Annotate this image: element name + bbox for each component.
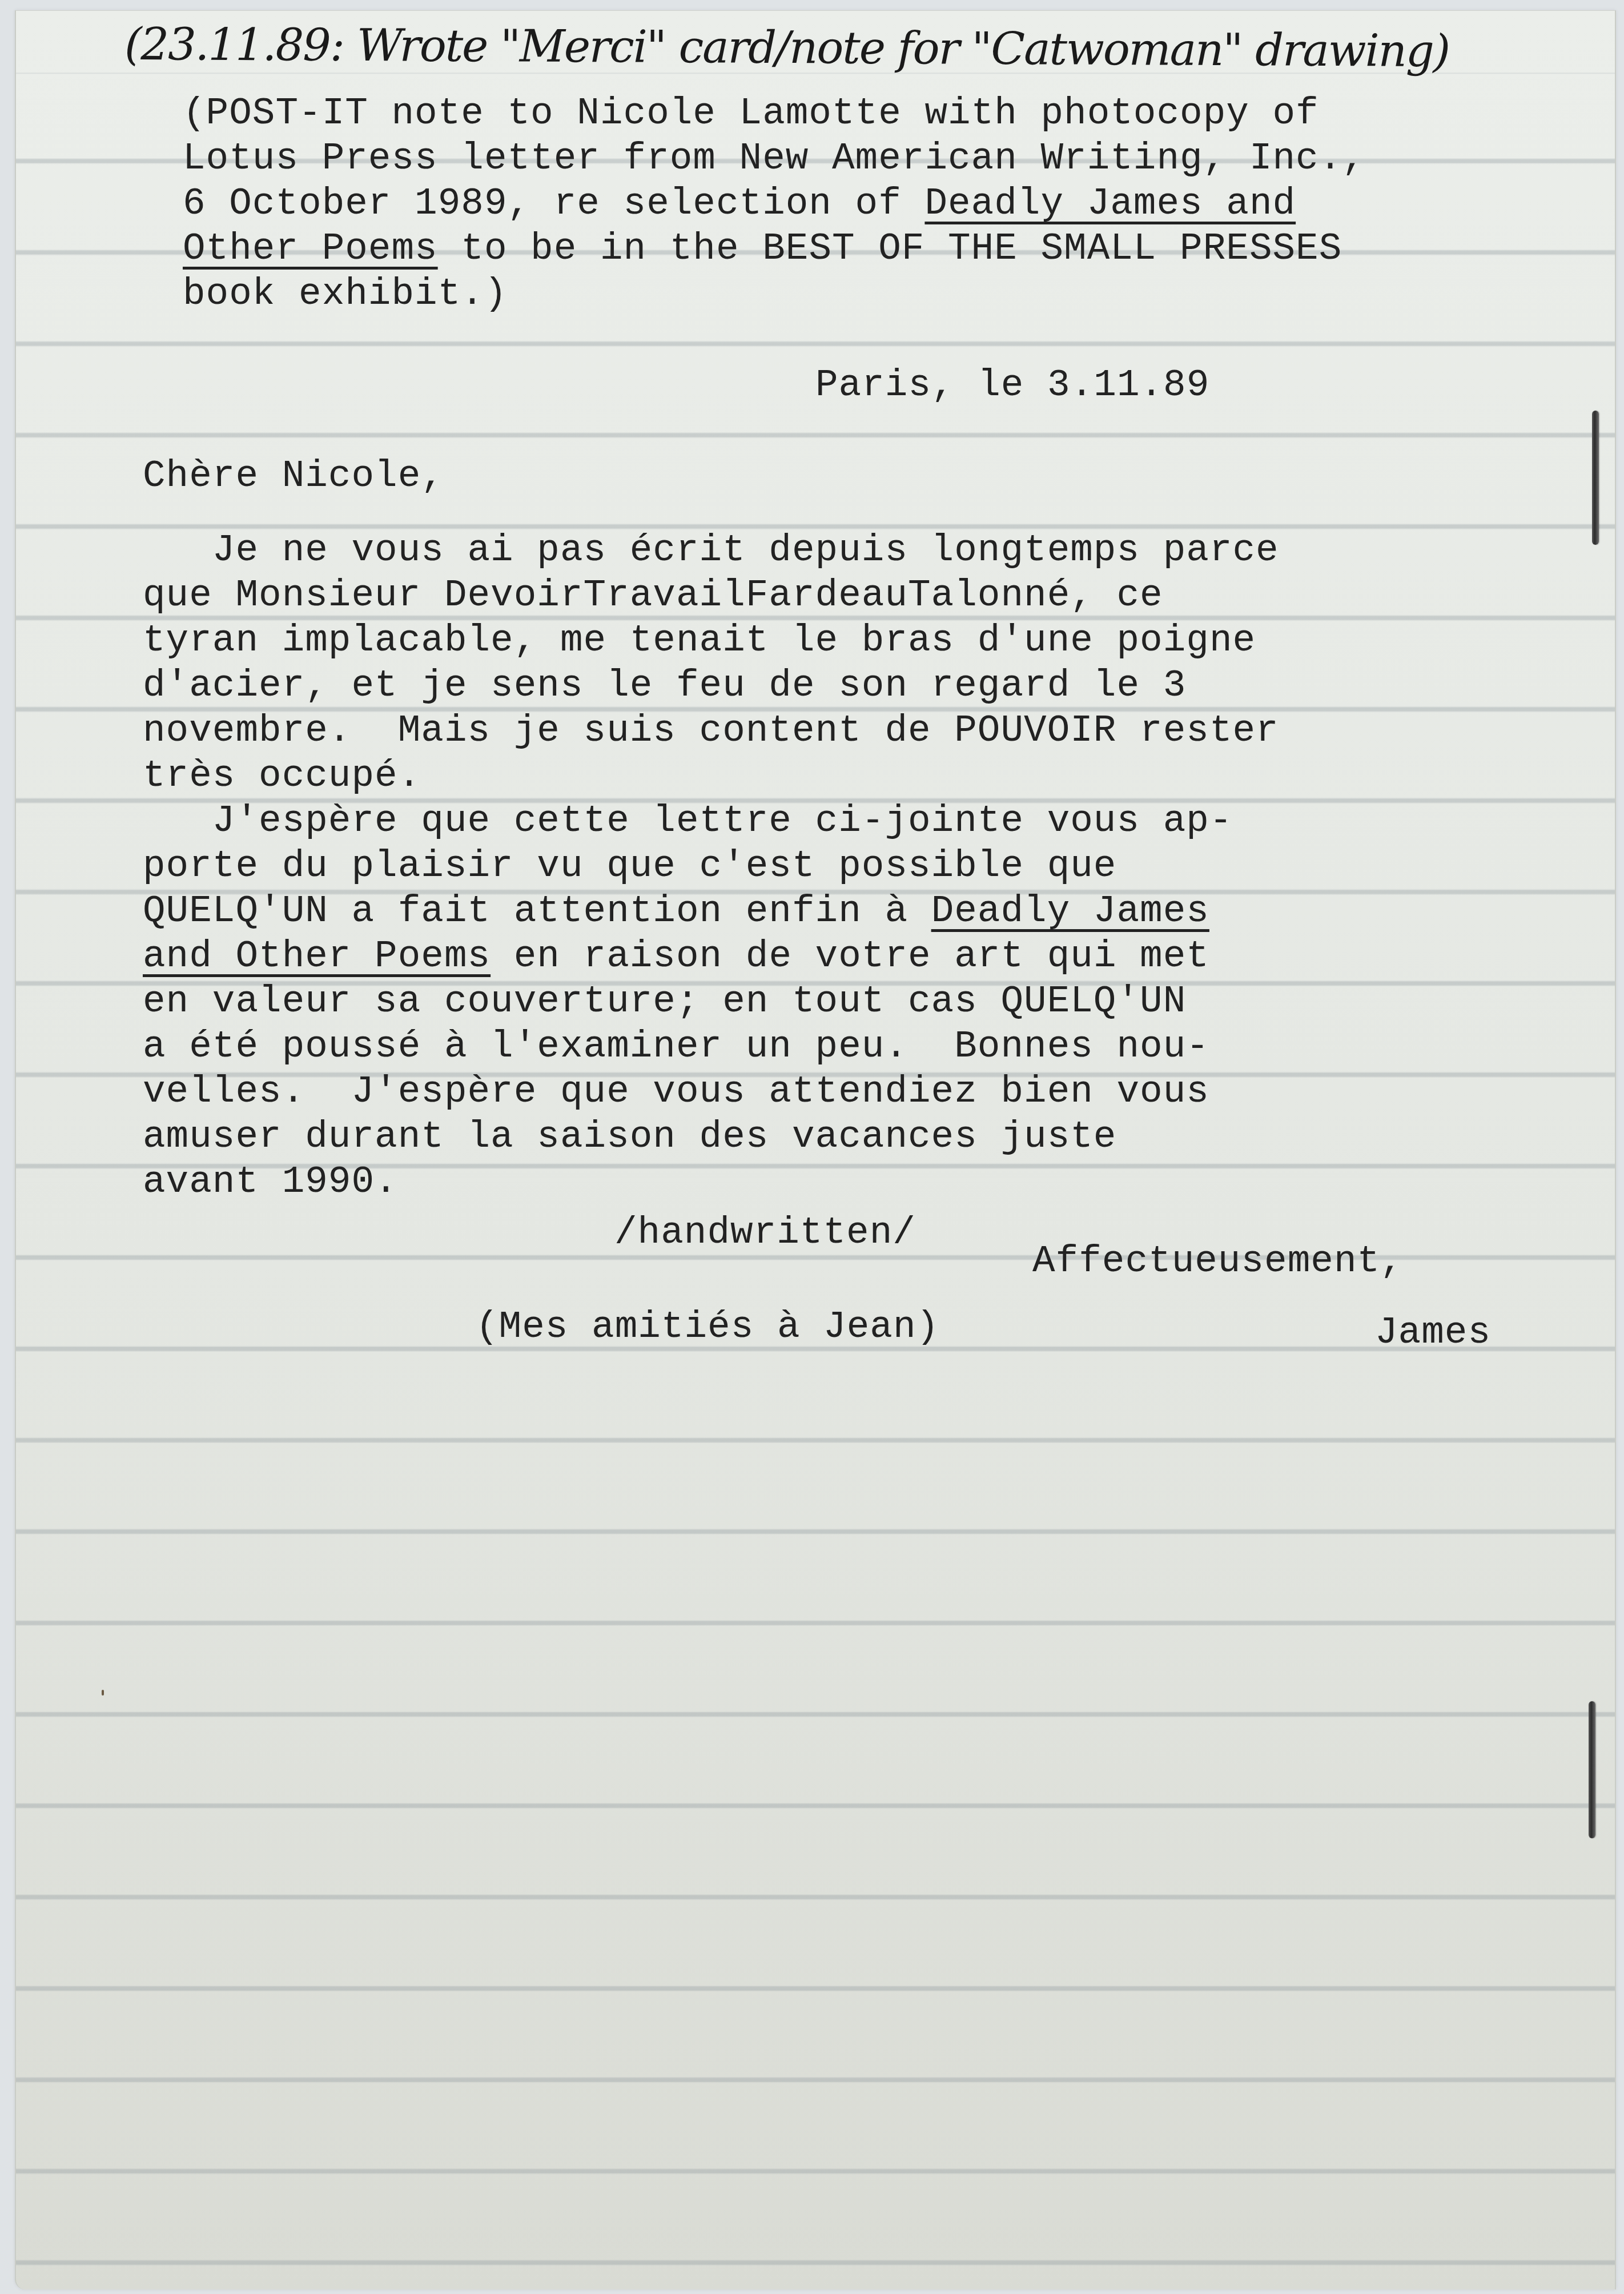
body-line: velles. J'espère que vous attendiez bien… [143,1070,1209,1113]
letter-body: Je ne vous ai pas écrit depuis longtemps… [143,528,1279,1204]
body-line: très occupé. [143,754,421,797]
closing: Affectueusement, [1032,1239,1404,1284]
body-line: a été poussé à l'examiner un peu. Bonnes… [143,1025,1209,1068]
body-line: en valeur sa couverture; en tout cas QUE… [143,980,1186,1023]
note-line-3: 6 October 1989, re selection of [183,182,924,225]
staple-icon [1589,1701,1595,1838]
note-line-4: to be in the BEST OF THE SMALL PRESSES [438,227,1342,270]
body-line: que Monsieur DevoirTravailFardeauTalonné… [143,574,1163,617]
note-line-2: Lotus Press letter from New American Wri… [183,137,1365,180]
body-line: QUELQ'UN a fait attention enfin à [143,890,931,933]
handwritten-annotation: (23.11.89: Wrote "Merci" card/note for "… [124,19,1450,77]
letter-page: (23.11.89: Wrote "Merci" card/note for "… [15,10,1616,2289]
body-line: d'acier, et je sens le feu de son regard… [143,664,1186,707]
paper-speck [102,1690,104,1696]
dateline: Paris, le 3.11.89 [815,363,1209,408]
handwritten-bracket-note: /handwritten/ [614,1210,916,1255]
body-line: tyran implacable, me tenait le bras d'un… [143,619,1256,662]
editorial-note: (POST-IT note to Nicole Lamotte with pho… [183,91,1365,316]
body-line: amuser durant la saison des vacances jus… [143,1115,1116,1158]
note-line-1: (POST-IT note to Nicole Lamotte with pho… [183,92,1319,135]
book-title-underlined: Deadly James and [924,182,1296,225]
body-line: J'espère que cette lettre ci-jointe vous… [143,800,1233,842]
salutation: Chère Nicole, [143,453,444,499]
body-line: porte du plaisir vu que c'est possible q… [143,845,1116,887]
staple-icon [1592,411,1599,545]
body-line: avant 1990. [143,1160,398,1203]
book-title-underlined: Deadly James [931,890,1209,933]
body-line: Je ne vous ai pas écrit depuis longtemps… [143,529,1279,572]
body-line: en raison de votre art qui met [491,935,1209,978]
note-line-5: book exhibit.) [183,272,508,315]
book-title-underlined: and Other Poems [143,935,491,978]
body-line: novembre. Mais je suis content de POUVOI… [143,709,1279,752]
signature: James [1375,1310,1491,1355]
book-title-underlined-2: Other Poems [183,227,438,270]
postscript: (Mes amitiés à Jean) [476,1304,939,1349]
